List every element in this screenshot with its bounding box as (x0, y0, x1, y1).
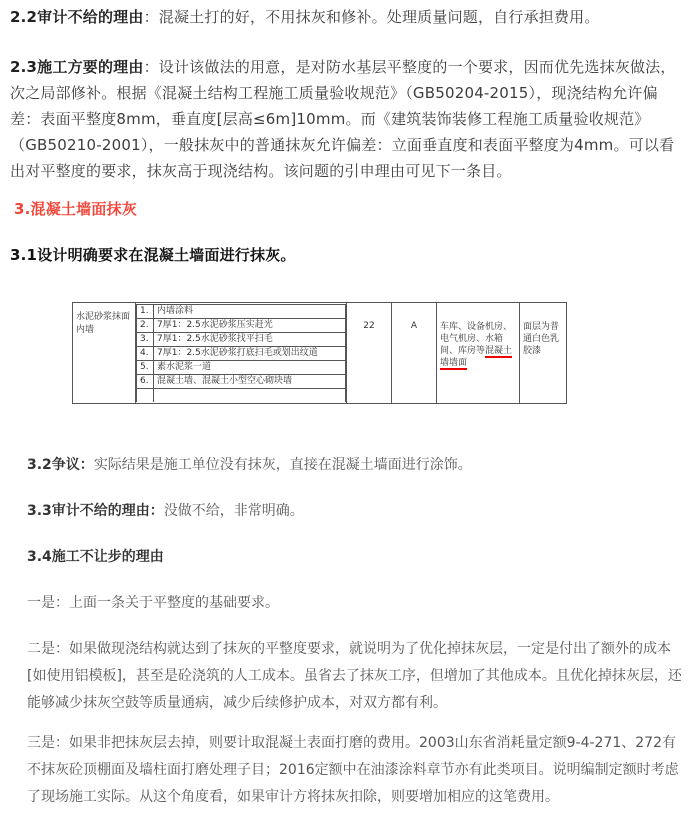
para-3-2: 3.2争议：实际结果是施工单位没有抹灰，直接在混凝土墙面进行涂饰。 (27, 452, 682, 479)
reason-3: 三是：如果非把抹灰层去掉，则要计取混凝土表面打磨的费用。2003山东省消耗量定额… (27, 730, 682, 811)
section-3-1-title: 3.1设计明确要求在混凝土墙面进行抹灰。 (10, 242, 682, 268)
wall-type-cell: 水泥砂浆抹面内墙 (73, 303, 136, 404)
spec-table: 水泥砂浆抹面内墙 1.内墙涂料 2.7厚1：2.5水泥砂浆压实赶光 3.7厚1：… (72, 302, 567, 404)
para-3-4: 3.4施工不让步的理由 (27, 544, 682, 571)
reason-2: 二是：如果做现浇结构就达到了抹灰的平整度要求，就说明为了优化掉抹灰层，一定是付出… (27, 636, 682, 717)
steps-cell: 1.内墙涂料 2.7厚1：2.5水泥砂浆压实赶光 3.7厚1：2.5水泥砂浆找平… (136, 303, 347, 404)
reason-1: 一是：上面一条关于平整度的基础要求。 (27, 590, 682, 617)
section-3-title: 3.混凝土墙面抹灰 (14, 196, 686, 222)
location-cell: 车库、设备机房、电气机房、水箱间、库房等混凝土墙墙面 (437, 303, 520, 404)
step: 混凝土墙、混凝土小型空心砌块墙 (154, 375, 346, 389)
step: 内墙涂料 (154, 305, 346, 319)
text-2-3: ：设计该做法的用意，是对防水基层平整度的一个要求，因而优先选抹灰做法，次之局部修… (10, 58, 676, 180)
step: 7厚1：2.5水泥砂浆打底扫毛或划出纹道 (154, 347, 346, 361)
step: 7厚1：2.5水泥砂浆压实赶光 (154, 319, 346, 333)
thickness-cell: 22 (347, 303, 392, 404)
label-2-2: 2.2审计不给的理由 (10, 8, 144, 26)
note-cell: 面层为普通白色乳胶漆 (520, 303, 567, 404)
label-2-3: 2.3施工方要的理由 (10, 58, 144, 76)
grade-cell: A (392, 303, 437, 404)
para-3-3: 3.3审计不给的理由：没做不给，非常明确。 (27, 498, 682, 525)
para-2-3: 2.3施工方要的理由：设计该做法的用意，是对防水基层平整度的一个要求，因而优先选… (10, 54, 682, 184)
text-2-2: ：混凝土打的好，不用抹灰和修补。处理质量问题，自行承担费用。 (144, 8, 600, 26)
step: 7厚1：2.5水泥砂浆找平扫毛 (154, 333, 346, 347)
step: 素水泥浆一道 (154, 361, 346, 375)
para-2-2: 2.2审计不给的理由：混凝土打的好，不用抹灰和修补。处理质量问题，自行承担费用。 (10, 4, 682, 30)
